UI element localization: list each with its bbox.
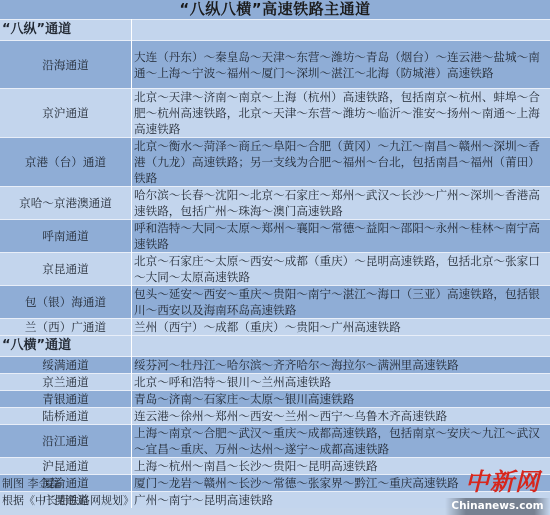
table-row: 京沪通道 北京～天津～济南～南京～上海（杭州）高速铁路，包括南京～杭州、蚌埠～合… — [0, 89, 550, 138]
corridor-name: 呼南通道 — [0, 220, 132, 253]
corridor-route: 北京～衡水～菏泽～商丘～阜阳～合肥（黄冈）～九江～南昌～赣州～深圳～香港（九龙）… — [132, 138, 550, 187]
table-row: 沿江通道 上海～南京～合肥～武汉～重庆～成都高速铁路，包括南京～安庆～九江～武汉… — [0, 425, 550, 458]
table-row: 陆桥通道 连云港～徐州～郑州～西安～兰州～西宁～乌鲁木齐高速铁路 — [0, 408, 550, 425]
section-header-vertical: “八纵”通道 — [0, 20, 550, 41]
section-header-horizontal: “八横”通道 — [0, 336, 550, 357]
table-row: 京港（台）通道 北京～衡水～菏泽～商丘～阜阳～合肥（黄冈）～九江～南昌～赣州～深… — [0, 138, 550, 187]
corridor-name: 包（银）海通道 — [0, 286, 132, 319]
footer: 制图 李金磊 根据《中长期铁路网规划》 — [2, 475, 134, 509]
corridor-name: 兰（西）广通道 — [0, 319, 132, 336]
chinanews-watermark: 中新网 Chinanews.com — [445, 462, 550, 515]
corridor-name: 青银通道 — [0, 391, 132, 408]
corridor-route: 哈尔滨～长春～沈阳～北京～石家庄～郑州～武汉～长沙～广州～深圳～香港高速铁路，包… — [132, 187, 550, 220]
corridor-route: 连云港～徐州～郑州～西安～兰州～西宁～乌鲁木齐高速铁路 — [132, 408, 550, 425]
corridor-name: 京昆通道 — [0, 253, 132, 286]
corridor-name: 绥满通道 — [0, 357, 132, 374]
watermark-logo: 中新网 — [465, 462, 540, 497]
section-heading: “八纵”通道 — [0, 20, 132, 41]
corridor-route: 北京～石家庄～太原～西安～成都（重庆）～昆明高速铁路，包括北京～张家口～大同～太… — [132, 253, 550, 286]
table-row: 呼南通道 呼和浩特～大同～太原～郑州～襄阳～常德～益阳～邵阳～永州～桂林～南宁高… — [0, 220, 550, 253]
source-text: 根据《中长期铁路网规划》 — [2, 492, 134, 509]
table-row: 绥满通道 绥芬河～牡丹江～哈尔滨～齐齐哈尔～海拉尔～满洲里高速铁路 — [0, 357, 550, 374]
corridor-route: 绥芬河～牡丹江～哈尔滨～齐齐哈尔～海拉尔～满洲里高速铁路 — [132, 357, 550, 374]
corridor-route: 兰州（西宁）～成都（重庆）～贵阳～广州高速铁路 — [132, 319, 550, 336]
section-heading: “八横”通道 — [0, 336, 132, 357]
table-row: 京昆通道 北京～石家庄～太原～西安～成都（重庆）～昆明高速铁路，包括北京～张家口… — [0, 253, 550, 286]
table-row: 京兰通道 北京～呼和浩特～银川～兰州高速铁路 — [0, 374, 550, 391]
corridor-route: 北京～呼和浩特～银川～兰州高速铁路 — [132, 374, 550, 391]
corridor-route: 青岛～济南～石家庄～太原～银川高速铁路 — [132, 391, 550, 408]
table-row: 兰（西）广通道 兰州（西宁）～成都（重庆）～贵阳～广州高速铁路 — [0, 319, 550, 336]
table-row: 包（银）海通道 包头～延安～西安～重庆～贵阳～南宁～湛江～海口（三亚）高速铁路，… — [0, 286, 550, 319]
corridor-name: 京港（台）通道 — [0, 138, 132, 187]
credit-text: 制图 李金磊 — [2, 475, 134, 492]
corridor-route: 北京～天津～济南～南京～上海（杭州）高速铁路，包括南京～杭州、蚌埠～合肥～杭州高… — [132, 89, 550, 138]
corridor-name: 陆桥通道 — [0, 408, 132, 425]
corridor-name: 京兰通道 — [0, 374, 132, 391]
watermark-url: Chinanews.com — [445, 498, 550, 515]
corridor-route: 包头～延安～西安～重庆～贵阳～南宁～湛江～海口（三亚）高速铁路，包括银川～西安以… — [132, 286, 550, 319]
corridor-name: 京沪通道 — [0, 89, 132, 138]
corridor-route: 呼和浩特～大同～太原～郑州～襄阳～常德～益阳～邵阳～永州～桂林～南宁高速铁路 — [132, 220, 550, 253]
table-row: 沿海通道 大连（丹东）～秦皇岛～天津～东营～潍坊～青岛（烟台）～连云港～盐城～南… — [0, 41, 550, 89]
table-row: 青银通道 青岛～济南～石家庄～太原～银川高速铁路 — [0, 391, 550, 408]
corridor-name: 沿江通道 — [0, 425, 132, 458]
table-row: 京哈～京港澳通道 哈尔滨～长春～沈阳～北京～石家庄～郑州～武汉～长沙～广州～深圳… — [0, 187, 550, 220]
corridor-route: 上海～南京～合肥～武汉～重庆～成都高速铁路，包括南京～安庆～九江～武汉～宜昌～重… — [132, 425, 550, 458]
corridor-table: “八纵”通道 沿海通道 大连（丹东）～秦皇岛～天津～东营～潍坊～青岛（烟台）～连… — [0, 19, 550, 508]
corridor-name: 沿海通道 — [0, 41, 132, 89]
corridor-route: 大连（丹东）～秦皇岛～天津～东营～潍坊～青岛（烟台）～连云港～盐城～南通～上海～… — [132, 41, 550, 89]
corridor-name: 沪昆通道 — [0, 458, 132, 475]
page-title: “八纵八横”高速铁路主通道 — [0, 0, 550, 19]
corridor-name: 京哈～京港澳通道 — [0, 187, 132, 220]
